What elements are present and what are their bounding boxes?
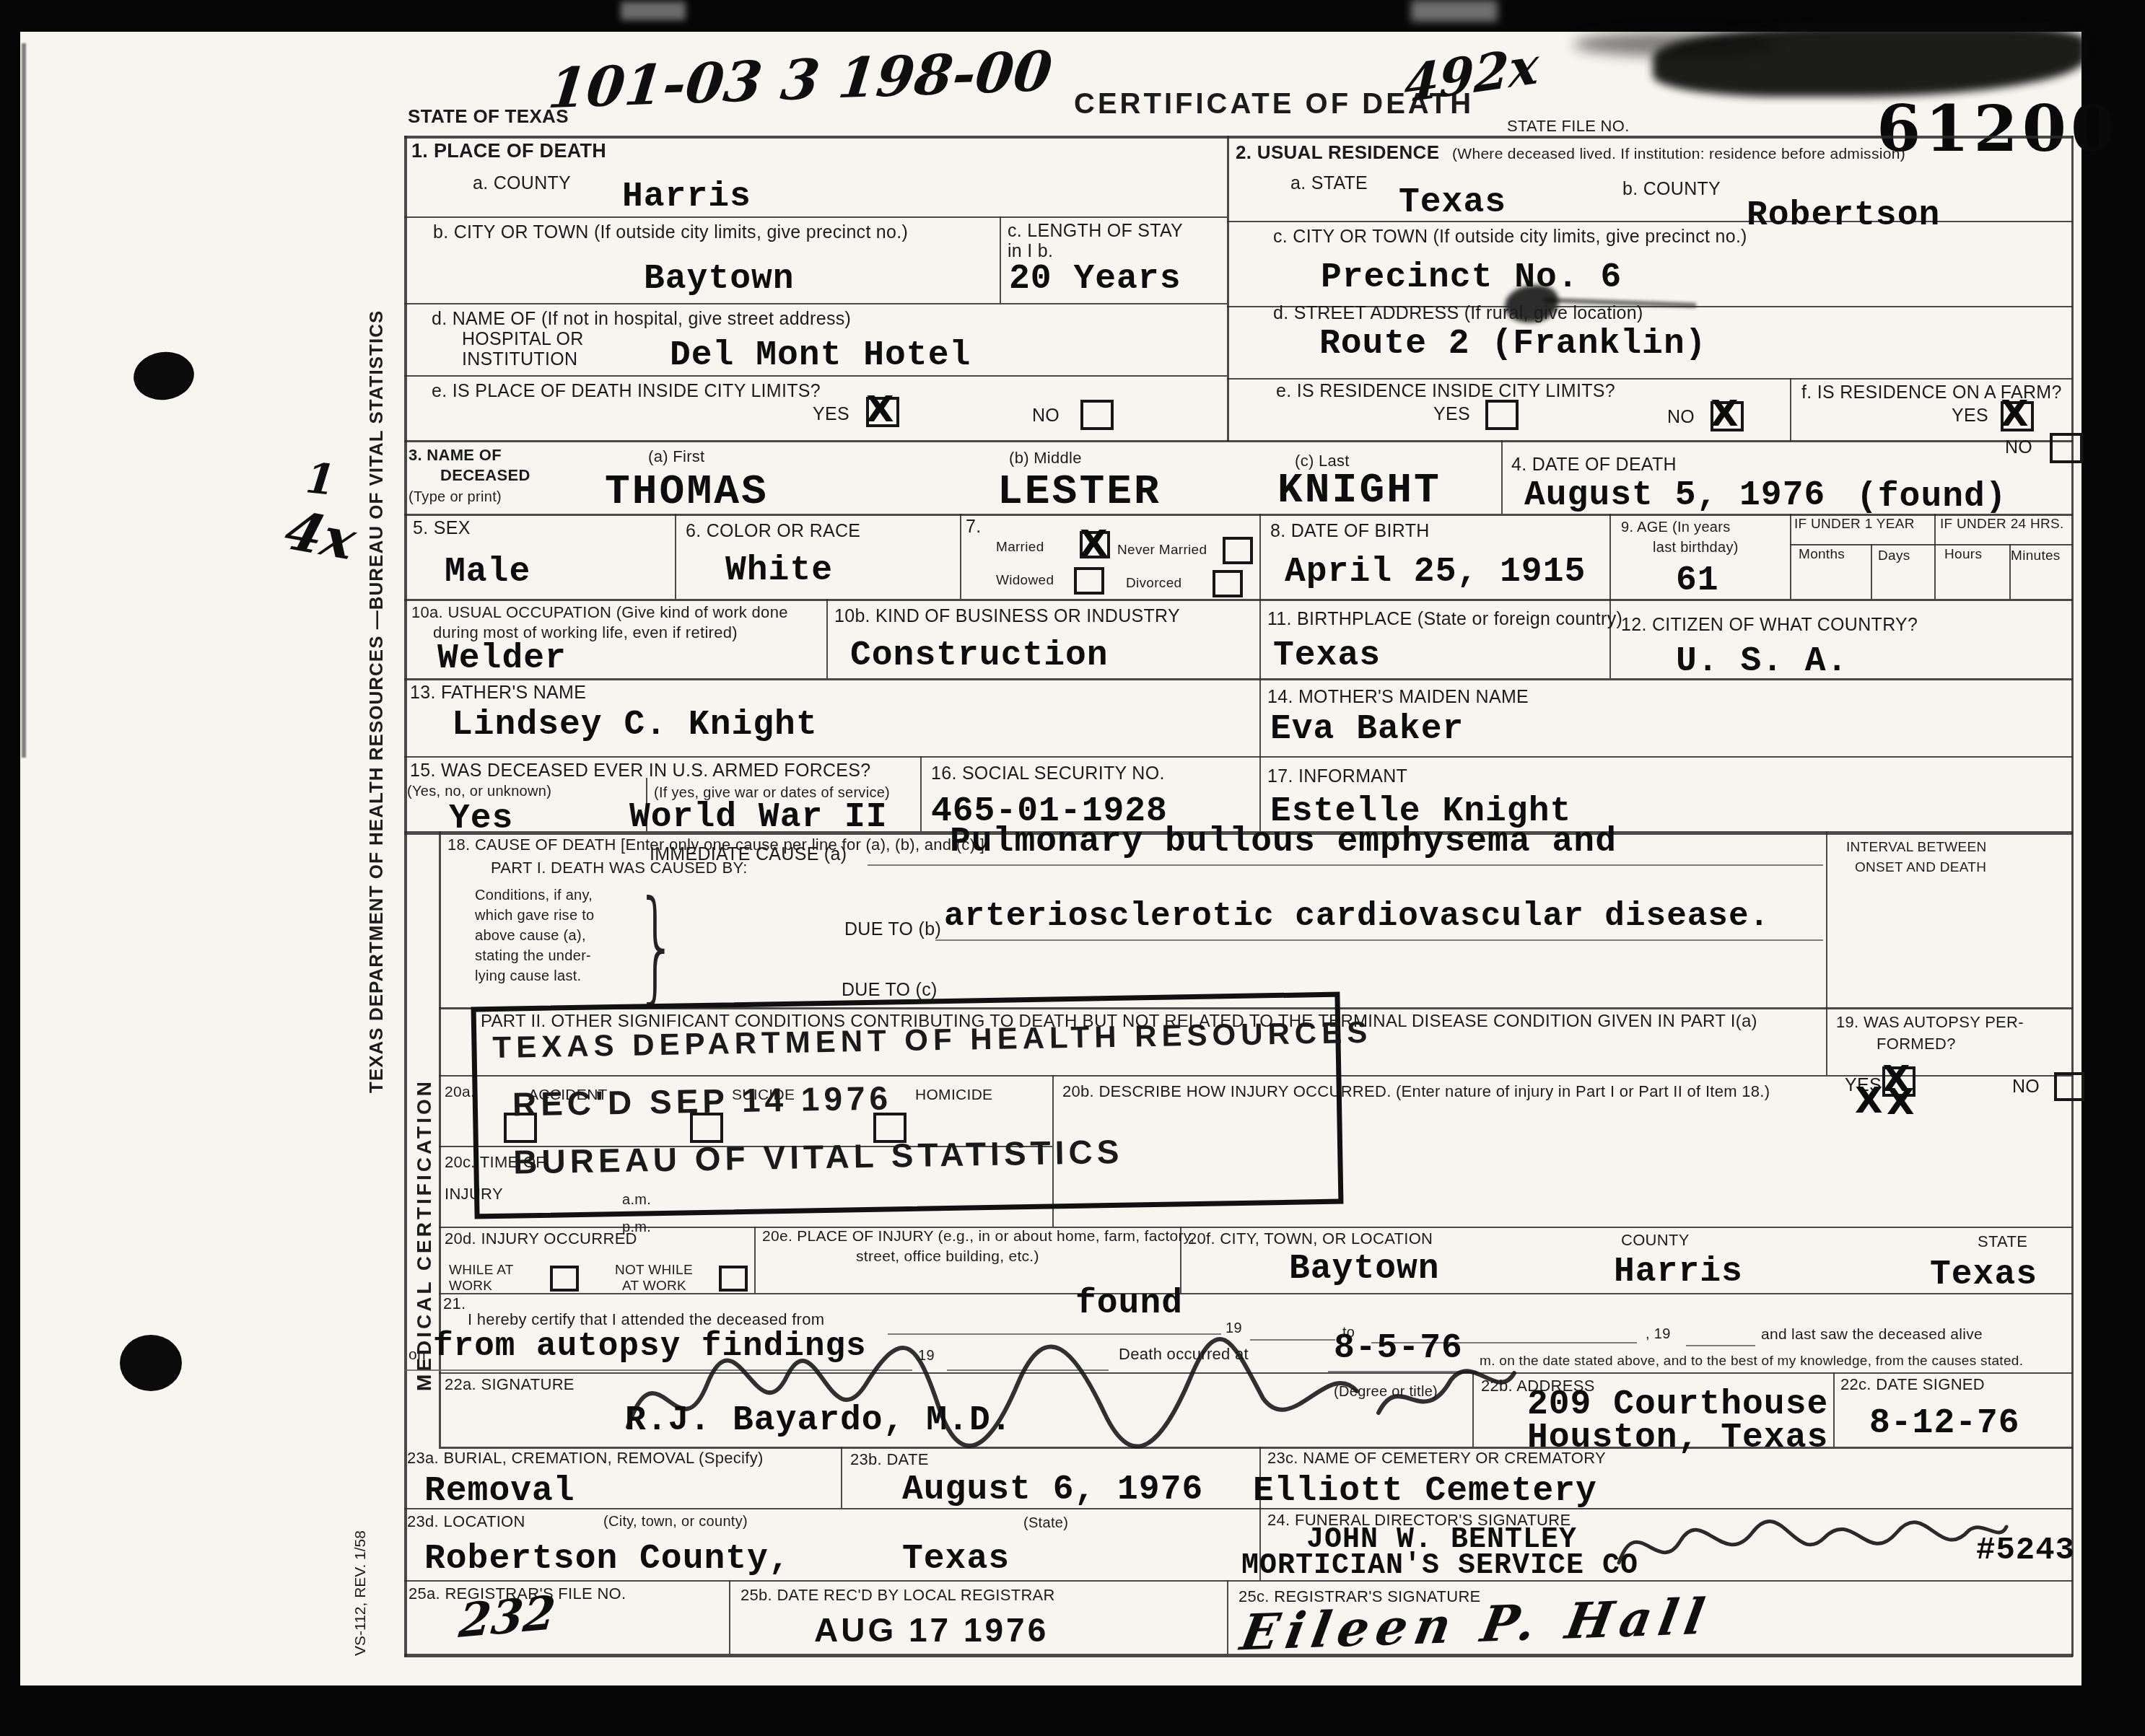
res-county-label: b. COUNTY	[1622, 179, 1721, 200]
pod-city-value: Baytown	[644, 260, 795, 299]
place-of-death-section: 1. PLACE OF DEATH	[411, 140, 606, 162]
birthplace-value: Texas	[1273, 636, 1381, 675]
middle-name-value: LESTER	[997, 469, 1161, 516]
degree-or-title-label: (Degree or title)	[1334, 1384, 1438, 1400]
occupation-label: 10a. USUAL OCCUPATION (Give kind of work…	[411, 603, 788, 622]
burial-date-label: 23b. DATE	[850, 1450, 929, 1469]
res-limits-yes-label: YES	[1433, 404, 1470, 425]
injury-county-value: Harris	[1614, 1253, 1743, 1292]
x-mark: X	[1711, 393, 1739, 434]
res-state-value: Texas	[1399, 183, 1506, 222]
farm-yes-label: YES	[1952, 405, 1988, 426]
x-mark: X	[2001, 393, 2029, 434]
age-label-2: last birthday)	[1653, 540, 1739, 556]
not-while-at-work-label-2: AT WORK	[622, 1279, 686, 1294]
mother-value: Eva Baker	[1270, 710, 1464, 749]
injury-20a-label: 20a.	[445, 1084, 475, 1101]
widowed-checkbox	[1074, 567, 1104, 595]
form-line	[404, 303, 1227, 304]
form-line	[920, 756, 922, 831]
injury-state-value: Texas	[1930, 1255, 2037, 1294]
certify-text-2: and last saw the deceased alive	[1761, 1326, 1983, 1343]
name-label-3: (Type or print)	[409, 489, 502, 506]
immediate-cause-label: IMMEDIATE CAUSE (a)	[650, 844, 847, 865]
age-value: 61	[1676, 561, 1719, 600]
marital-label: 7.	[966, 517, 981, 538]
form-line	[1501, 440, 1503, 514]
place-of-injury-label: 20e. PLACE OF INJURY (e.g., in or about …	[762, 1228, 1194, 1245]
form-line	[754, 1227, 756, 1293]
location-value: Robertson County,	[424, 1540, 790, 1579]
certify-on: on	[409, 1346, 426, 1364]
under-1-year-label: IF UNDER 1 YEAR	[1794, 517, 1915, 532]
form-line	[1790, 514, 1791, 599]
farm-no-checkbox	[2050, 433, 2083, 463]
injury-state-label: STATE	[1978, 1232, 2027, 1251]
last-name-value: KNIGHT	[1277, 468, 1441, 514]
location-note: (City, town, or county)	[603, 1514, 748, 1530]
bentley-signature-scrawl	[1608, 1498, 2012, 1584]
never-married-checkbox	[1223, 537, 1253, 564]
months-label: Months	[1799, 547, 1845, 563]
father-label: 13. FATHER'S NAME	[410, 683, 586, 703]
stamp-line-1: TEXAS DEPARTMENT OF HEALTH RESOURCES	[492, 1015, 1372, 1065]
citizen-label: 12. CITIZEN OF WHAT COUNTRY?	[1621, 615, 1918, 636]
date-of-death-note: (found)	[1856, 478, 2007, 517]
while-at-work-label: WHILE AT	[449, 1263, 514, 1279]
divorced-checkbox	[1213, 570, 1243, 597]
signature-label: 22a. SIGNATURE	[445, 1375, 575, 1394]
conditions-note-1: Conditions, if any,	[475, 887, 593, 904]
armed-forces-value: Yes	[449, 799, 513, 838]
war-value: World War II	[629, 798, 888, 837]
x-mark: X	[866, 388, 894, 430]
autopsy-no-label: NO	[2012, 1077, 2040, 1097]
age-label-1: 9. AGE (In years	[1621, 520, 1731, 536]
form-line	[1790, 544, 2073, 545]
certifier-name-value: R.J. Bayardo, M.D.	[625, 1401, 1012, 1440]
father-value: Lindsey C. Knight	[452, 706, 818, 745]
hospital-label: d. NAME OF (If not in hospital, give str…	[432, 309, 851, 330]
form-line	[404, 440, 2073, 442]
pod-county-label: a. COUNTY	[473, 173, 571, 194]
street-value: Route 2 (Franklin)	[1319, 325, 1706, 364]
dob-label: 8. DATE OF BIRTH	[1270, 521, 1430, 542]
form-line	[1227, 221, 2073, 222]
usual-residence-section: 2. USUAL RESIDENCE	[1236, 141, 1439, 164]
res-city-label: c. CITY OR TOWN (If outside city limits,…	[1273, 227, 1747, 247]
mother-label: 14. MOTHER'S MAIDEN NAME	[1267, 687, 1529, 708]
autopsy-label-1: 19. WAS AUTOPSY PER-	[1836, 1013, 2024, 1032]
scan-noise-top-2	[1411, 0, 1498, 22]
form-line	[1227, 378, 2073, 380]
certify-underline	[1686, 1345, 1755, 1346]
not-while-at-work-checkbox	[719, 1266, 748, 1292]
death-certificate-scan: STATE OF TEXAS 101-03 3 198-00 CERTIFICA…	[0, 0, 2145, 1736]
divorced-label: Divorced	[1126, 576, 1181, 592]
stay-label: c. LENGTH OF STAY	[1008, 221, 1183, 242]
while-at-work-checkbox	[550, 1266, 579, 1292]
married-checkbox: X	[1080, 531, 1110, 558]
due-to-b-value: arteriosclerotic cardiovascular disease.	[944, 898, 1770, 935]
not-while-at-work-label: NOT WHILE	[615, 1263, 693, 1279]
form-line	[404, 599, 2073, 601]
agency-vertical-text: TEXAS DEPARTMENT OF HEALTH RESOURCES —BU…	[365, 310, 388, 1093]
name-label-1: 3. NAME OF	[409, 446, 502, 465]
res-county-value: Robertson	[1747, 196, 1940, 235]
interval-label-1: INTERVAL BETWEEN	[1846, 840, 1986, 856]
sex-label: 5. SEX	[413, 518, 471, 539]
registrar-date-label: 25b. DATE REC'D BY LOCAL REGISTRAR	[741, 1586, 1055, 1605]
burial-date-value: August 6, 1976	[902, 1470, 1203, 1509]
never-married-label: Never Married	[1117, 543, 1207, 558]
race-value: White	[725, 551, 833, 590]
due-to-c-label: DUE TO (c)	[842, 980, 938, 1001]
received-stamp: TEXAS DEPARTMENT OF HEALTH RESOURCES REC…	[471, 992, 1344, 1219]
middle-name-label: (b) Middle	[1009, 449, 1082, 468]
pod-limits-yes-label: YES	[813, 404, 849, 425]
usual-residence-note: (Where deceased lived. If institution: r…	[1452, 146, 1905, 163]
form-line	[1609, 514, 1611, 678]
race-label: 6. COLOR OR RACE	[686, 521, 860, 542]
injury-county-label: COUNTY	[1621, 1231, 1690, 1250]
hospital-label-2: HOSPITAL OR	[462, 329, 584, 350]
armed-forces-label: 15. WAS DECEASED EVER IN U.S. ARMED FORC…	[410, 760, 871, 781]
form-line	[2071, 136, 2074, 1657]
cause-a-underline	[868, 864, 1823, 866]
conditions-note-4: stating the under-	[475, 948, 591, 965]
ssn-label: 16. SOCIAL SECURITY NO.	[931, 763, 1165, 784]
margin-mark-1: 1	[304, 453, 338, 505]
under-24-hrs-label: IF UNDER 24 HRS.	[1940, 517, 2064, 532]
pod-county-value: Harris	[622, 177, 751, 216]
injury-20d-label: 20d. INJURY OCCURRED	[445, 1229, 637, 1248]
form-line	[1934, 514, 1936, 599]
form-line	[1259, 514, 1261, 831]
pod-limits-no-checkbox	[1080, 400, 1114, 430]
farm-no-label: NO	[2005, 437, 2032, 458]
form-line	[1227, 1580, 1228, 1654]
date-of-death-label: 4. DATE OF DEATH	[1511, 455, 1677, 475]
stay-value: 20 Years	[1009, 260, 1181, 299]
burial-label: 23a. BURIAL, CREMATION, REMOVAL (Specify…	[407, 1449, 764, 1468]
farm-yes-checkbox: X	[2001, 401, 2034, 431]
stay-label-2: in I b.	[1008, 241, 1053, 262]
form-line	[404, 136, 407, 1657]
res-state-label: a. STATE	[1290, 173, 1368, 194]
sex-value: Male	[445, 553, 530, 592]
form-line	[675, 514, 676, 599]
conditions-note-5: lying cause last.	[475, 968, 581, 985]
interval-label-2: ONSET AND DEATH	[1855, 860, 1986, 876]
while-at-work-label-2: WORK	[449, 1279, 492, 1294]
birthplace-label: 11. BIRTHPLACE (State or foreign country…	[1267, 609, 1622, 630]
location-state-value: Texas	[902, 1540, 1010, 1579]
form-line	[439, 1227, 2073, 1228]
form-line	[826, 599, 828, 678]
armed-forces-note-1: (Yes, no, or unknown)	[407, 784, 551, 800]
state-of-texas-label: STATE OF TEXAS	[408, 105, 569, 128]
scan-smudge-top-right-2	[1573, 32, 1775, 56]
certify-number: 21.	[443, 1294, 466, 1313]
conditions-brace: }	[635, 874, 678, 1017]
first-name-label: (a) First	[648, 447, 704, 466]
hole-punch-bottom	[120, 1335, 182, 1391]
conditions-note-2: which gave rise to	[475, 908, 594, 924]
hospital-value: Del Mont Hotel	[670, 336, 971, 375]
autopsy-extra-x-mark: X	[1855, 1079, 1883, 1121]
form-line	[1826, 831, 1827, 1075]
pod-limits-yes-checkbox: X	[866, 397, 899, 427]
form-line	[404, 136, 2073, 139]
burial-value: Removal	[424, 1472, 575, 1511]
days-label: Days	[1878, 548, 1910, 564]
res-limits-label: e. IS RESIDENCE INSIDE CITY LIMITS?	[1276, 381, 1615, 402]
street-label: d. STREET ADDRESS (If rural, give locati…	[1273, 303, 1643, 324]
res-city-value: Precinct No. 6	[1321, 258, 1622, 297]
paper-edge-shadow	[22, 43, 26, 758]
informant-label: 17. INFORMANT	[1267, 766, 1407, 787]
pod-city-label: b. CITY OR TOWN (If outside city limits,…	[433, 222, 908, 243]
form-line	[960, 514, 961, 599]
due-to-b-label: DUE TO (b)	[844, 919, 941, 940]
x-mark: X	[1080, 522, 1108, 564]
place-of-injury-label-2: street, office building, etc.)	[856, 1248, 1039, 1266]
form-line	[1833, 1372, 1835, 1447]
occupation-value: Welder	[437, 639, 567, 678]
stamp-line-3: BUREAU OF VITAL STATISTICS	[513, 1132, 1124, 1182]
form-line	[1871, 544, 1872, 599]
immediate-cause-value: Pulmonary bullous emphysema and	[950, 823, 1617, 862]
first-name-value: THOMAS	[605, 469, 769, 516]
license-number: #5243	[1976, 1533, 2075, 1569]
certify-19-b: , 19	[1646, 1326, 1671, 1343]
scan-noise-top-1	[621, 1, 686, 20]
form-line	[1227, 136, 1229, 442]
certify-text-3: m. on the date stated above, and to the …	[1480, 1354, 2023, 1369]
dob-value: April 25, 1915	[1285, 553, 1586, 592]
date-signed-label: 22c. DATE SIGNED	[1840, 1375, 1985, 1394]
date-signed-value: 8-12-76	[1869, 1404, 2020, 1443]
pod-limits-label: e. IS PLACE OF DEATH INSIDE CITY LIMITS?	[432, 381, 821, 402]
res-limits-no-label: NO	[1667, 407, 1695, 428]
widowed-label: Widowed	[996, 573, 1054, 589]
name-label-2: DECEASED	[440, 466, 530, 485]
form-line	[1790, 378, 1791, 442]
state-note: (State)	[1023, 1515, 1068, 1532]
registrar-file-value: 232	[457, 1586, 558, 1649]
stamp-line-2: REC'D SEP 14 1976	[512, 1078, 892, 1123]
funeral-director-company: MORTICIAN'S SERVICE CO	[1241, 1550, 1638, 1582]
res-limits-no-checkbox: X	[1711, 401, 1744, 431]
cause-b-underline	[935, 939, 1823, 941]
res-limits-yes-checkbox	[1485, 400, 1519, 430]
autopsy-no-checkbox	[2054, 1072, 2084, 1101]
married-label: Married	[996, 540, 1044, 556]
found-value: found	[1075, 1284, 1183, 1323]
business-label: 10b. KIND OF BUSINESS OR INDUSTRY	[834, 606, 1180, 627]
form-line	[729, 1580, 730, 1654]
form-line	[404, 756, 2073, 758]
conditions-note-3: above cause (a),	[475, 928, 586, 944]
state-file-number: 61200	[1877, 91, 2119, 166]
cemetery-value: Elliott Cemetery	[1253, 1472, 1597, 1511]
state-file-no-label: STATE FILE NO.	[1507, 117, 1630, 136]
minutes-label: Minutes	[2011, 548, 2061, 564]
form-code-vertical: VS-112, REV. 1/58	[352, 1530, 370, 1656]
autopsy-label-2: FORMED?	[1877, 1035, 1956, 1053]
business-value: Construction	[850, 636, 1109, 675]
form-line	[404, 216, 1227, 218]
form-line	[1000, 216, 1001, 303]
cemetery-label: 23c. NAME OF CEMETERY OR CREMATORY	[1267, 1449, 1606, 1468]
hours-label: Hours	[1944, 547, 1982, 563]
location-label: 23d. LOCATION	[407, 1512, 525, 1531]
registrar-date-stamp: AUG 17 1976	[814, 1610, 1049, 1649]
form-line	[404, 375, 1227, 377]
injury-city-value: Baytown	[1289, 1250, 1440, 1289]
date-of-death-value: August 5, 1976	[1524, 476, 1825, 515]
injury-city-label: 20f. CITY, TOWN, OR LOCATION	[1188, 1229, 1433, 1248]
citizen-value: U. S. A.	[1676, 642, 1848, 681]
autopsy-extra-x-mark-2: X	[1887, 1081, 1915, 1123]
hospital-label-3: INSTITUTION	[462, 349, 577, 370]
pod-limits-no-label: NO	[1032, 405, 1060, 426]
